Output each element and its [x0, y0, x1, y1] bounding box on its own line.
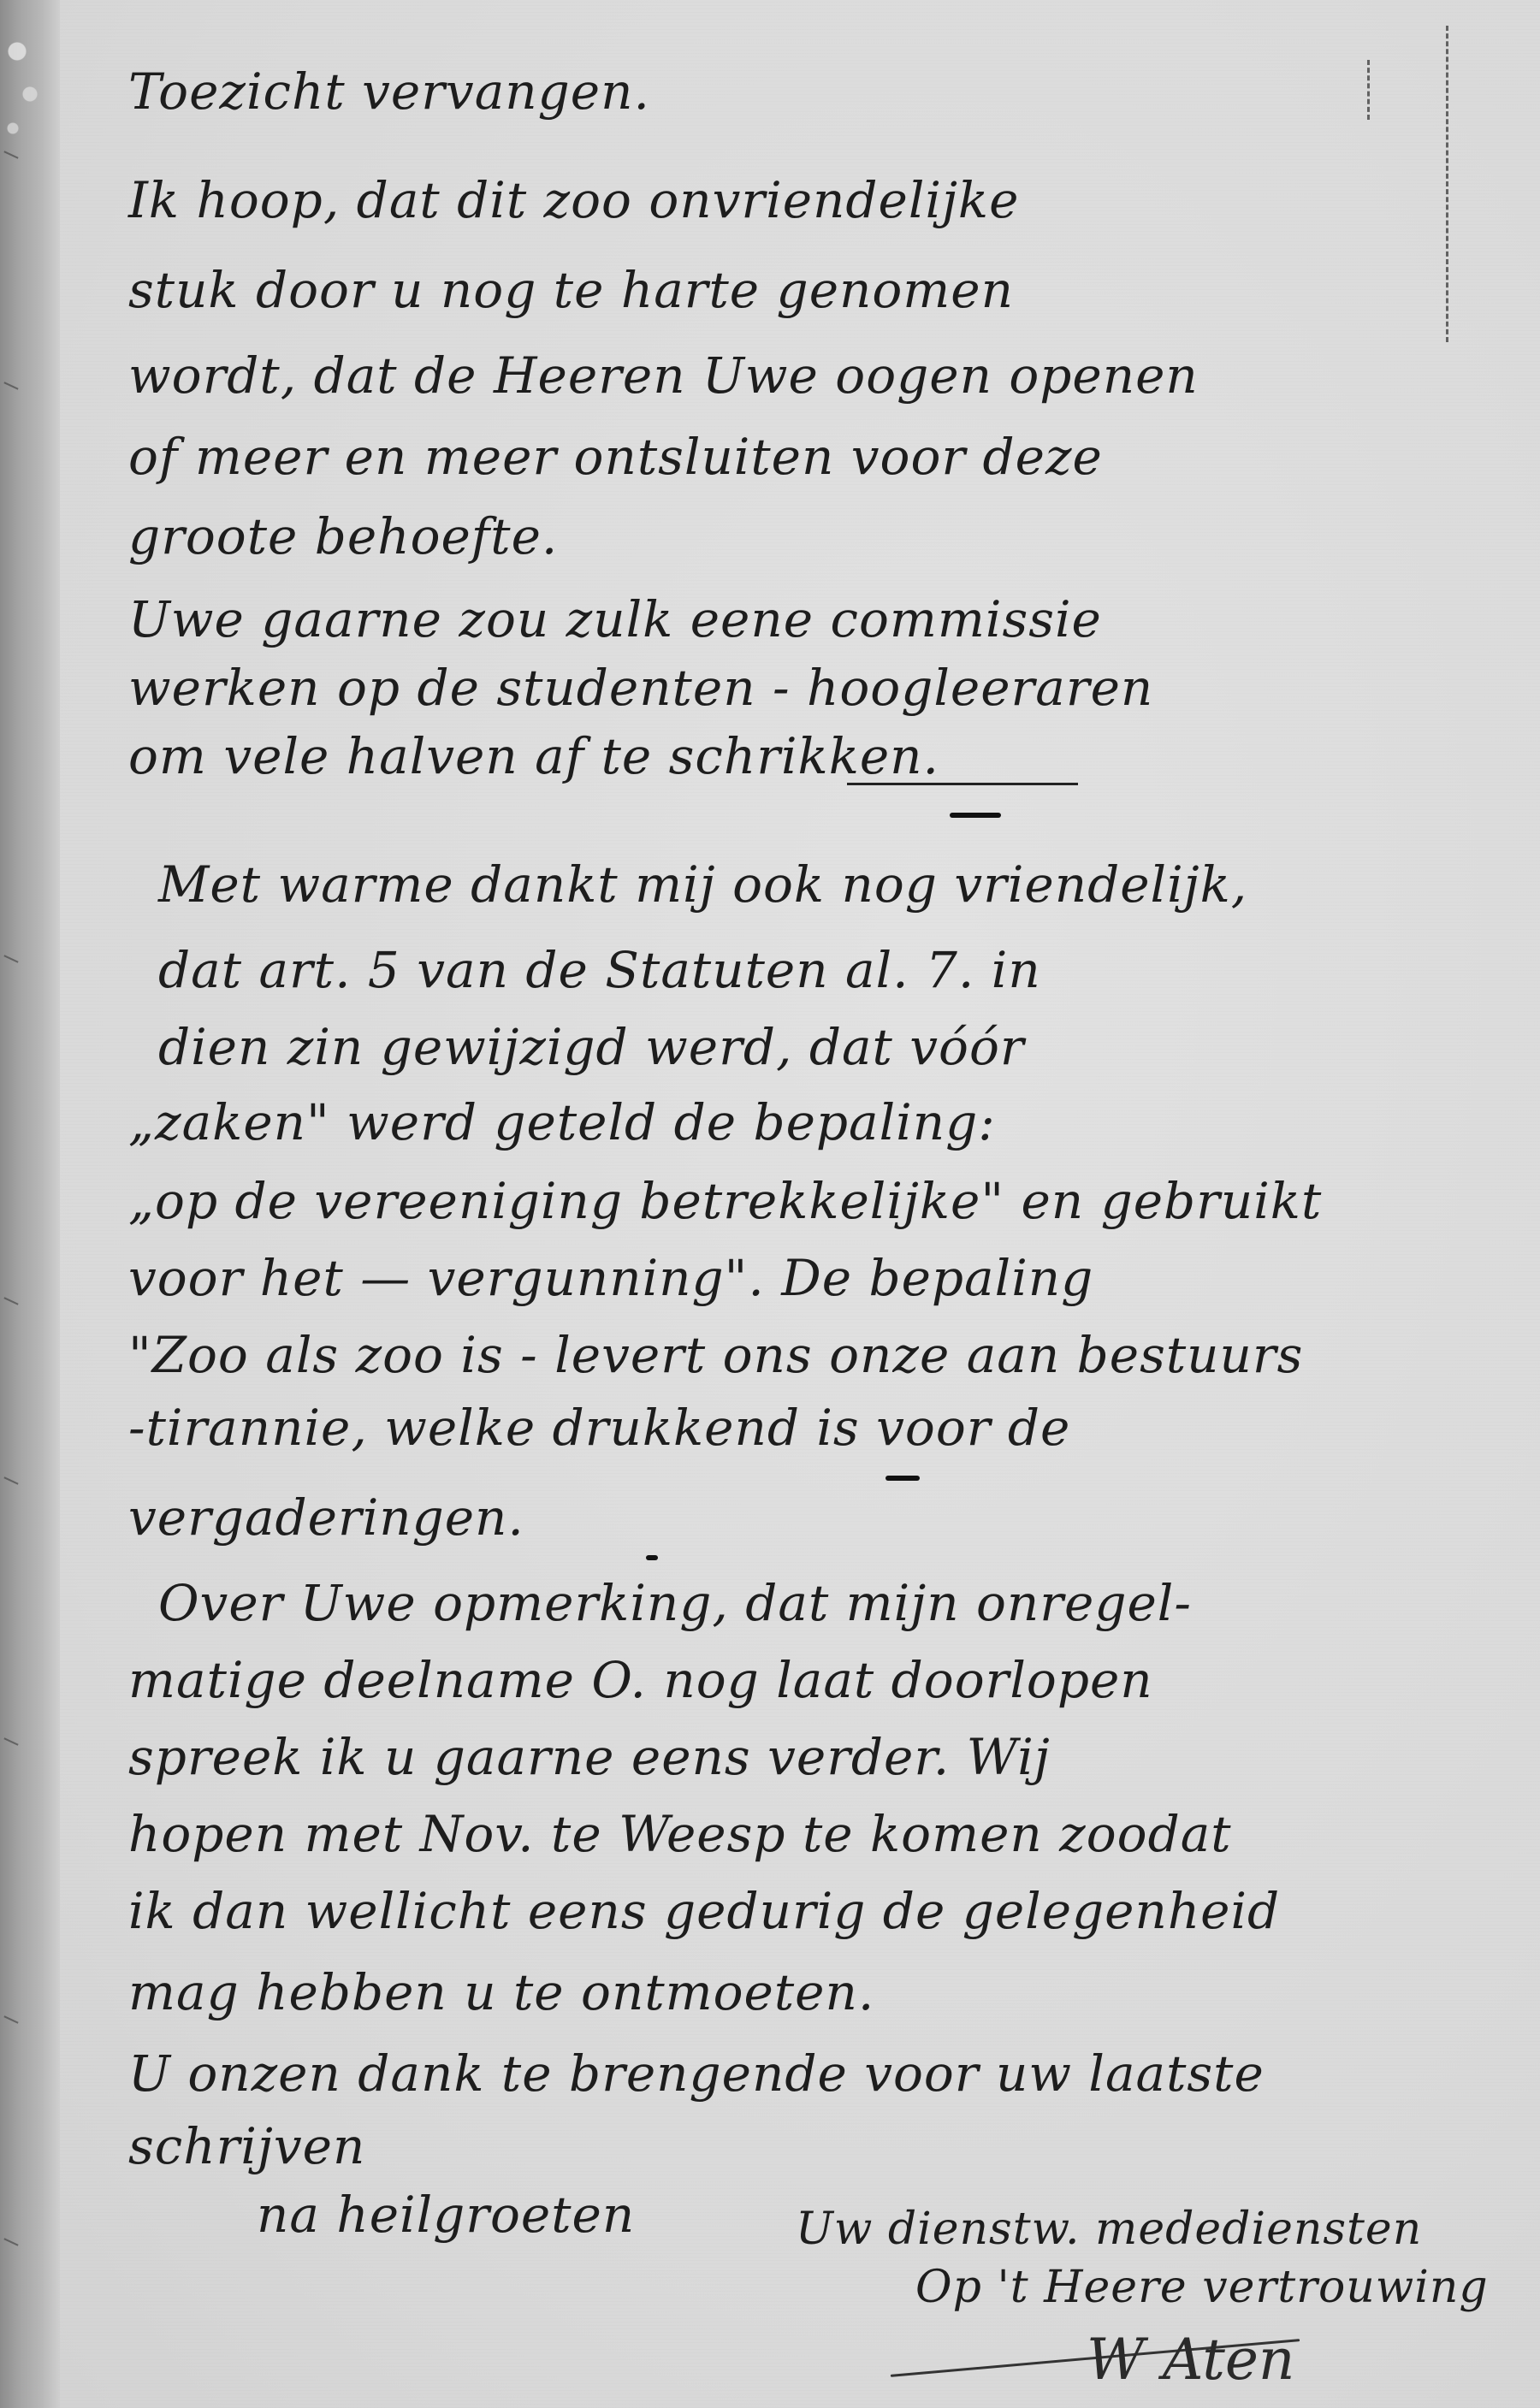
text-line: dien zin gewijzigd werd, dat vóór	[158, 1022, 1025, 1072]
closing-line: Op 't Heere vertrouwing	[915, 2265, 1489, 2310]
text-line: schrijven	[128, 2121, 365, 2171]
text-line: mag hebben u te ontmoeten.	[128, 1967, 874, 2017]
text-line: spreek ik u gaarne eens verder. Wij	[128, 1732, 1051, 1782]
dash-separator	[950, 813, 1001, 818]
text-line: stuk door u nog te harte genomen	[128, 265, 1014, 315]
signature: W Aten	[1087, 2327, 1294, 2393]
text-line: Ik hoop, dat dit zoo onvriendelijke	[128, 175, 1019, 225]
text-line: Toezicht vervangen.	[128, 67, 650, 116]
text-line: groote behoefte.	[128, 512, 558, 561]
text-line: vergaderingen.	[128, 1493, 524, 1542]
text-line: -tirannie, welke drukkend is voor de	[128, 1403, 1070, 1452]
text-line: "Zoo als zoo is - levert ons onze aan be…	[128, 1330, 1303, 1380]
text-line: Uwe gaarne zou zulk eene commissie	[128, 595, 1102, 644]
text-line: dat art. 5 van de Statuten al. 7. in	[158, 945, 1041, 995]
text-line: U onzen dank te brengende voor uw laatst…	[128, 2049, 1265, 2098]
text-line: wordt, dat de Heeren Uwe oogen openen	[128, 351, 1199, 400]
dash-separator	[646, 1555, 658, 1560]
text-line: of meer en meer ontsluiten voor deze	[128, 432, 1103, 482]
binding-edge	[0, 0, 60, 2408]
text-line: voor het — vergunning". De bepaling	[128, 1253, 1093, 1303]
fold-dashed-line-short	[1367, 60, 1370, 120]
text-line: hopen met Nov. te Weesp te komen zoodat	[128, 1809, 1232, 1859]
text-line: om vele halven af te schrikken.	[128, 731, 939, 781]
closing-greeting: na heilgroeten	[257, 2190, 635, 2239]
text-line: Met warme dankt mij ook nog vriendelijk,	[158, 860, 1247, 909]
dash-separator	[885, 1476, 920, 1481]
text-line: matige deelname O. nog laat doorlopen	[128, 1655, 1153, 1705]
underline-emphasis	[847, 783, 1078, 785]
text-line: werken op de studenten - hoogleeraren	[128, 663, 1153, 713]
letter-page: Toezicht vervangen. Ik hoop, dat dit zoo…	[0, 0, 1540, 2408]
text-line: „op de vereeniging betrekkelijke" en geb…	[128, 1176, 1322, 1226]
closing-line: Uw dienstw. medediensten	[796, 2207, 1422, 2251]
text-line: „zaken" werd geteld de bepaling:	[128, 1098, 996, 1147]
text-line: Over Uwe opmerking, dat mijn onregel-	[158, 1578, 1192, 1628]
fold-dashed-line	[1446, 26, 1448, 342]
text-line: ik dan wellicht eens gedurig de gelegenh…	[128, 1886, 1280, 1936]
